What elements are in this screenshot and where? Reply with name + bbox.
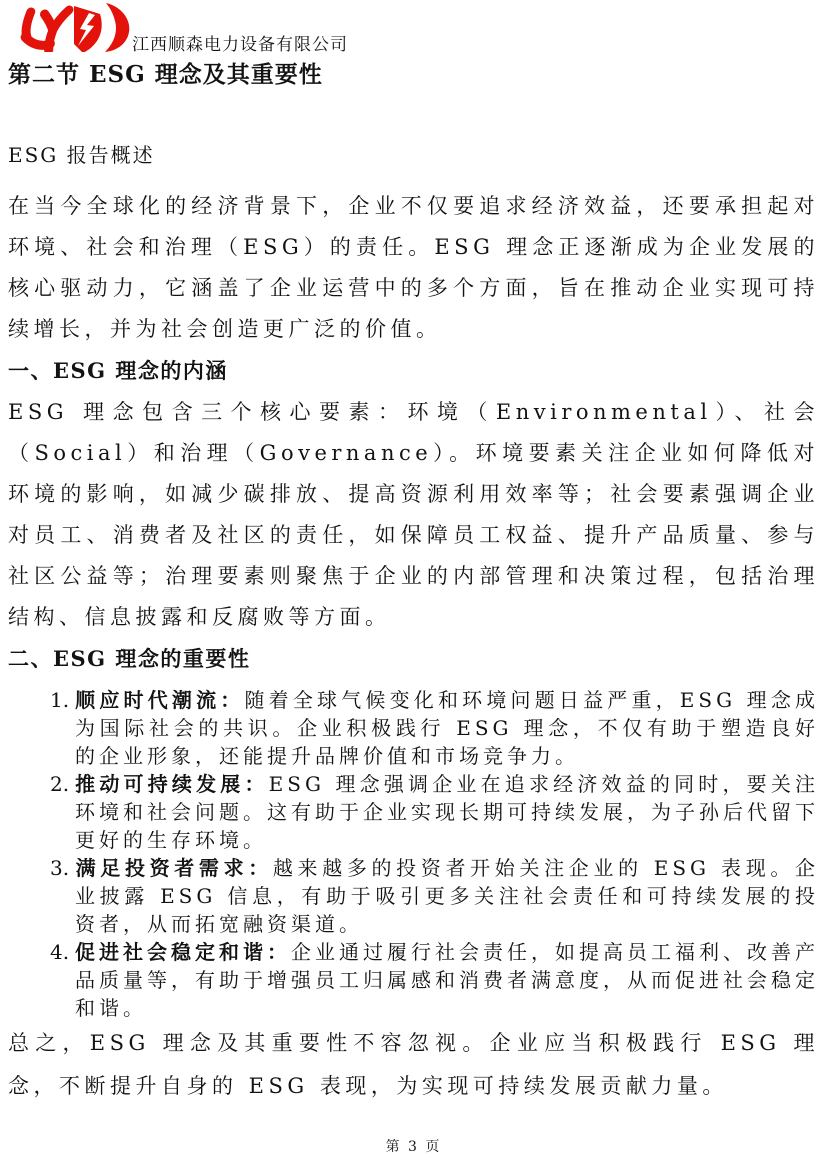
list-item: 4.促进社会稳定和谐：企业通过履行社会责任，如提高员工福利、改善产品质量等，有助… — [8, 938, 819, 1022]
list-item-number: 3. — [50, 854, 75, 882]
list-item-lead: 满足投资者需求： — [75, 856, 273, 880]
page-footer: 第 3 页 — [0, 1136, 827, 1156]
importance-list: 1.顺应时代潮流：随着全球气候变化和环境问题日益严重，ESG 理念成为国际社会的… — [8, 686, 819, 1022]
list-item-number: 4. — [50, 938, 75, 966]
company-logo-icon — [8, 0, 130, 56]
list-item: 3.满足投资者需求：越来越多的投资者开始关注企业的 ESG 表现。企业披露 ES… — [8, 854, 819, 938]
list-item: 2.推动可持续发展：ESG 理念强调企业在追求经济效益的同时，要关注环境和社会问… — [8, 770, 819, 854]
company-name: 江西顺森电力设备有限公司 — [132, 30, 348, 55]
list-item-number: 2. — [50, 770, 75, 798]
document-page: 江西顺森电力设备有限公司 第二节 ESG 理念及其重要性 ESG 报告概述 在当… — [0, 0, 827, 1164]
section1-paragraph: ESG 理念包含三个核心要素：环境（Environmental）、社会（Soci… — [8, 392, 819, 638]
section-heading-1: 一、ESG 理念的内涵 — [8, 356, 819, 386]
intro-paragraph: 在当今全球化的经济背景下，企业不仅要追求经济效益，还要承担起对环境、社会和治理（… — [8, 186, 819, 350]
list-item: 1.顺应时代潮流：随着全球气候变化和环境问题日益严重，ESG 理念成为国际社会的… — [8, 686, 819, 770]
section-heading-2: 二、ESG 理念的重要性 — [8, 644, 819, 674]
list-item-number: 1. — [50, 686, 75, 714]
overview-label: ESG 报告概述 — [8, 144, 819, 166]
page-header: 江西顺森电力设备有限公司 — [8, 4, 819, 56]
list-item-lead: 顺应时代潮流： — [75, 688, 244, 712]
page-title: 第二节 ESG 理念及其重要性 — [8, 60, 819, 90]
conclusion-paragraph: 总之，ESG 理念及其重要性不容忽视。企业应当积极践行 ESG 理念，不断提升自… — [8, 1022, 819, 1108]
list-item-lead: 促进社会稳定和谐： — [75, 940, 291, 964]
list-item-lead: 推动可持续发展： — [75, 772, 269, 796]
